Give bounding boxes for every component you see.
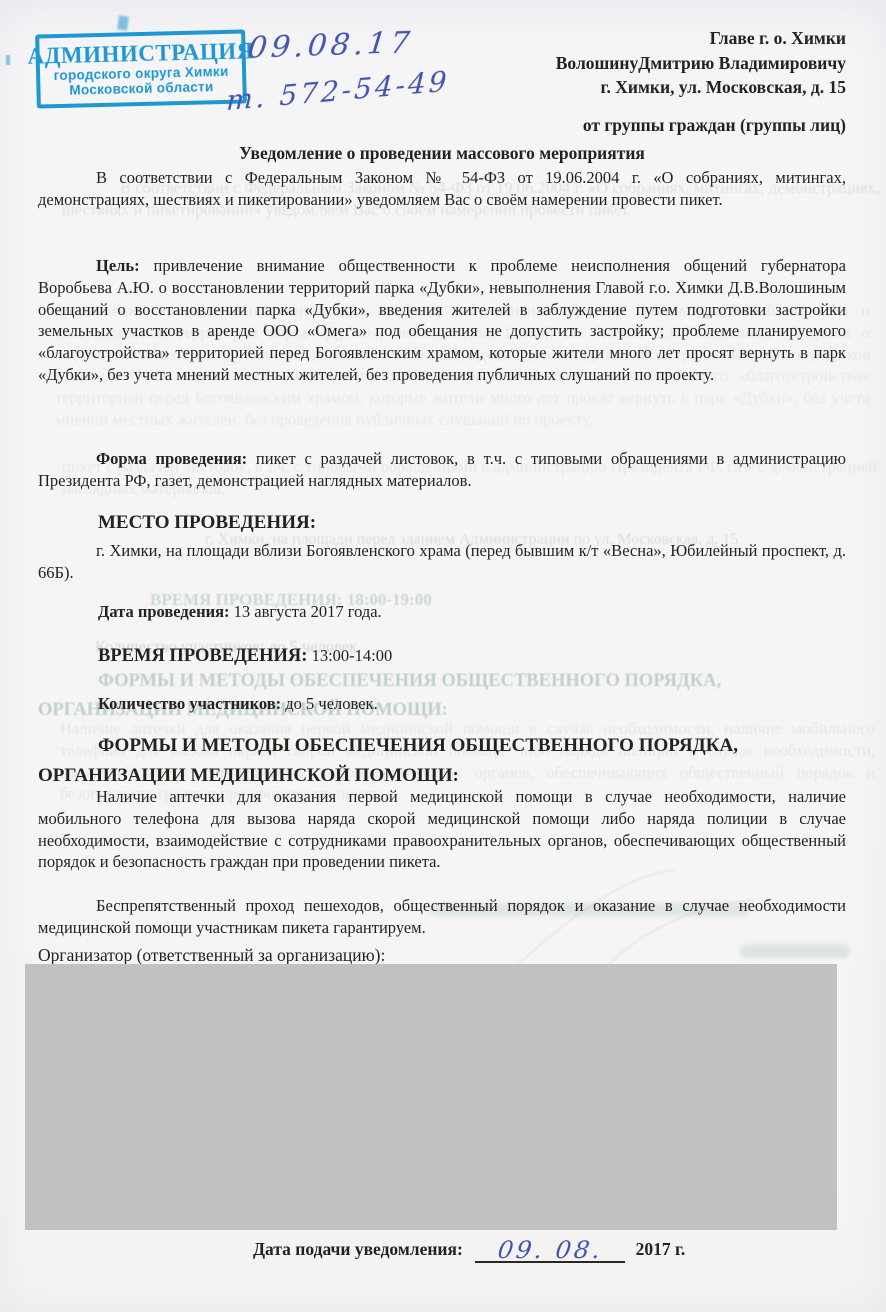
recipient-address-block: Главе г. о. Химки ВолошинуДмитрию Владим… xyxy=(306,26,846,137)
goal-paragraph: Цель: привлечение внимание общественност… xyxy=(38,255,846,386)
stamp-ink-dot xyxy=(6,55,10,65)
participants-count-value: до 5 человек. xyxy=(285,694,377,713)
order-heading-line1: ФОРМЫ И МЕТОДЫ ОБЕСПЕЧЕНИЯ ОБЩЕСТВЕННОГО… xyxy=(98,735,738,756)
event-date-line: Дата проведения: 13 августа 2017 года. xyxy=(38,602,846,622)
ghost-order-heading-line1: ФОРМЫ И МЕТОДЫ ОБЕСПЕЧЕНИЯ ОБЩЕСТВЕННОГО… xyxy=(98,671,721,691)
event-time-line: ВРЕМЯ ПРОВЕДЕНИЯ: 13:00-14:00 xyxy=(38,646,846,667)
participants-count-label: Количество участников: xyxy=(98,694,281,713)
submission-date-underline: 09. 08. xyxy=(475,1233,625,1263)
event-date-label: Дата проведения: xyxy=(98,602,230,621)
form-paragraph: Форма проведения: пикет с раздачей листо… xyxy=(38,448,846,492)
scanned-document-page: В соответствии с Федеральным Законом № 5… xyxy=(0,0,886,1312)
place-heading: МЕСТО ПРОВЕДЕНИЯ: xyxy=(38,512,846,534)
order-heading: ФОРМЫ И МЕТОДЫ ОБЕСПЕЧЕНИЯ ОБЩЕСТВЕННОГО… xyxy=(38,731,846,791)
order-heading-line2: ОРГАНИЗАЦИИ МЕДИЦИНСКОЙ ПОМОЩИ: xyxy=(38,765,459,786)
submission-date-label: Дата подачи уведомления: xyxy=(253,1239,463,1259)
order-paragraph-2: Беспрепятственный проход пешеходов, обще… xyxy=(38,895,846,939)
handwritten-submission-date: 09. 08. xyxy=(496,1236,605,1264)
place-paragraph: г. Химки, на площади вблизи Богоявленско… xyxy=(38,540,846,584)
event-date-value: 13 августа 2017 года. xyxy=(234,602,382,621)
event-time-value: 13:00-14:00 xyxy=(312,646,393,665)
form-label: Форма проведения: xyxy=(96,449,247,468)
administration-stamp: АДМИНИСТРАЦИЯ городского округа Химки Мо… xyxy=(35,29,247,108)
event-time-label: ВРЕМЯ ПРОВЕДЕНИЯ: xyxy=(98,646,307,666)
recipient-line-1: Главе г. о. Химки xyxy=(306,26,846,51)
redaction-block xyxy=(25,964,837,1230)
organizer-label: Организатор (ответственный за организаци… xyxy=(38,945,738,966)
intro-paragraph: В соответствии с Федеральным Законом № 5… xyxy=(38,167,846,211)
recipient-line-2: ВолошинуДмитрию Владимировичу xyxy=(306,51,846,76)
order-paragraph-1: Наличие аптечки для оказания первой меди… xyxy=(38,786,846,873)
stamp-org-line3: Московской области xyxy=(69,79,213,98)
recipient-line-3: г. Химки, ул. Московская, д. 15 xyxy=(306,75,846,100)
goal-text: привлечение внимание общественности к пр… xyxy=(38,256,846,384)
submission-year: 2017 г. xyxy=(636,1239,686,1259)
sender-line: от группы граждан (группы лиц) xyxy=(306,113,846,138)
participants-count-line: Количество участников: до 5 человек. xyxy=(38,694,846,714)
submission-date-line: Дата подачи уведомления: 09. 08. 2017 г. xyxy=(38,1233,846,1263)
document-title: Уведомление о проведении массового мероп… xyxy=(38,143,846,164)
goal-label: Цель: xyxy=(96,256,140,275)
stamp-ink-tick xyxy=(117,15,129,30)
